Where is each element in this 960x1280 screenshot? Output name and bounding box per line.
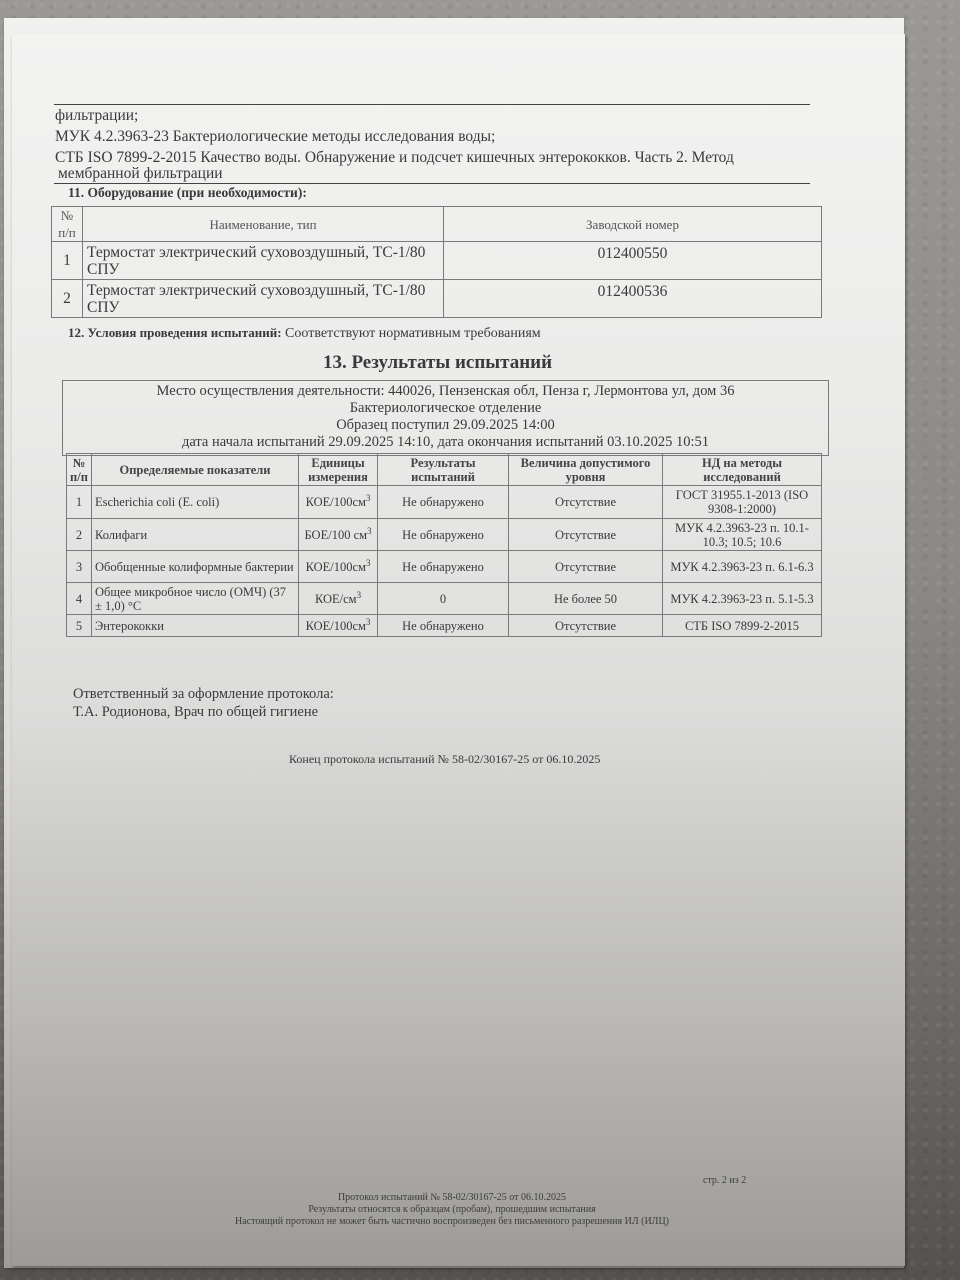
units-text: КОЕ/100см <box>306 560 366 574</box>
result-num: 5 <box>67 615 92 637</box>
equipment-table: № п/п Наименование, тип Заводской номер … <box>51 206 822 318</box>
equipment-name: Термостат электрический суховоздушный, Т… <box>83 242 444 280</box>
result-limit: Не более 50 <box>509 583 663 615</box>
units-exponent: 3 <box>357 589 362 599</box>
end-of-protocol: Конец протокола испытаний № 58-02/30167-… <box>289 752 600 767</box>
equipment-name: Термостат электрический суховоздушный, Т… <box>83 280 444 318</box>
section12-value: Соответствуют нормативным требованиям <box>285 326 541 341</box>
equipment-header-num: № п/п <box>52 207 83 242</box>
results-header-result: Результаты испытаний <box>378 454 509 486</box>
methods-line-3: СТБ ISO 7899-2-2015 Качество воды. Обнар… <box>55 149 734 166</box>
results-row: 2КолифагиБОЕ/100 см3Не обнаруженоОтсутст… <box>67 519 822 551</box>
result-num: 3 <box>67 551 92 583</box>
units-exponent: 3 <box>366 557 371 567</box>
results-row: 5ЭнтерококкиКОЕ/100см3Не обнаруженоОтсут… <box>67 615 822 637</box>
result-indicator: Общее микробное число (ОМЧ) (37 ± 1,0) °… <box>92 583 299 615</box>
equipment-row: 2 Термостат электрический суховоздушный,… <box>52 280 822 318</box>
results-row: 1Escherichia coli (E. coli)КОЕ/100см3Не … <box>67 486 822 519</box>
result-num: 1 <box>67 486 92 519</box>
units-text: КОЕ/100см <box>306 495 366 509</box>
result-limit: Отсутствие <box>509 615 663 637</box>
units-exponent: 3 <box>366 616 371 626</box>
result-indicator: Escherichia coli (E. coli) <box>92 486 299 519</box>
result-units: КОЕ/см3 <box>299 583 378 615</box>
test-dates: дата начала испытаний 29.09.2025 14:10, … <box>63 434 828 451</box>
test-info-box: Место осуществления деятельности: 440026… <box>62 380 829 456</box>
result-method: МУК 4.2.3963-23 п. 6.1-6.3 <box>663 551 822 583</box>
result-value: Не обнаружено <box>378 551 509 583</box>
result-method: СТБ ISO 7899-2-2015 <box>663 615 822 637</box>
results-header-limit: Величина допустимого уровня <box>509 454 663 486</box>
results-row: 4Общее микробное число (ОМЧ) (37 ± 1,0) … <box>67 583 822 615</box>
result-value: Не обнаружено <box>378 519 509 551</box>
result-value: Не обнаружено <box>378 615 509 637</box>
results-row: 3Обобщенные колиформные бактерииКОЕ/100с… <box>67 551 822 583</box>
results-header-method: НД на методы исследований <box>663 454 822 486</box>
responsible-name: Т.А. Родионова, Врач по общей гигиене <box>73 704 318 721</box>
results-header-indicator: Определяемые показатели <box>92 454 299 486</box>
equipment-serial: 012400536 <box>444 280 822 318</box>
result-indicator: Колифаги <box>92 519 299 551</box>
equipment-row: 1 Термостат электрический суховоздушный,… <box>52 242 822 280</box>
sample-received: Образец поступил 29.09.2025 14:00 <box>63 417 828 434</box>
section13-title: 13. Результаты испытаний <box>52 352 823 374</box>
section12: 12. Условия проведения испытаний: Соотве… <box>68 324 541 342</box>
result-num: 4 <box>67 583 92 615</box>
results-header-num: № п/п <box>67 454 92 486</box>
methods-line-1: фильтрации; <box>55 107 138 124</box>
results-body: 1Escherichia coli (E. coli)КОЕ/100см3Не … <box>66 485 822 637</box>
result-limit: Отсутствие <box>509 486 663 519</box>
footer-line-3: Настоящий протокол не может быть частичн… <box>192 1216 712 1227</box>
units-text: КОЕ/см <box>315 592 357 606</box>
units-exponent: 3 <box>367 525 372 535</box>
responsible-label: Ответственный за оформление протокола: <box>73 686 334 703</box>
results-table: № п/п Определяемые показатели Единицы из… <box>66 453 822 486</box>
page-number: стр. 2 из 2 <box>703 1175 746 1186</box>
results-header-units: Единицы измерения <box>299 454 378 486</box>
methods-line-4: мембранной фильтрации <box>58 165 223 182</box>
document-page: фильтрации; МУК 4.2.3963-23 Бактериологи… <box>12 34 905 1266</box>
results-header-row: № п/п Определяемые показатели Единицы из… <box>67 454 822 486</box>
top-rule <box>54 104 810 105</box>
result-indicator: Обобщенные колиформные бактерии <box>92 551 299 583</box>
equipment-num: 2 <box>52 280 83 318</box>
equipment-serial: 012400550 <box>444 242 822 280</box>
equipment-header-row: № п/п Наименование, тип Заводской номер <box>52 207 822 242</box>
result-indicator: Энтерококки <box>92 615 299 637</box>
equipment-header-name: Наименование, тип <box>83 207 444 242</box>
result-limit: Отсутствие <box>509 519 663 551</box>
result-method: МУК 4.2.3963-23 п. 10.1-10.3; 10.5; 10.6 <box>663 519 822 551</box>
test-location: Место осуществления деятельности: 440026… <box>63 383 828 400</box>
result-units: БОЕ/100 см3 <box>299 519 378 551</box>
result-method: МУК 4.2.3963-23 п. 5.1-5.3 <box>663 583 822 615</box>
test-department: Бактериологическое отделение <box>63 400 828 417</box>
result-units: КОЕ/100см3 <box>299 551 378 583</box>
result-units: КОЕ/100см3 <box>299 615 378 637</box>
result-value: 0 <box>378 583 509 615</box>
methods-line-2: МУК 4.2.3963-23 Бактериологические метод… <box>55 128 495 145</box>
footer-line-1: Протокол испытаний № 58-02/30167-25 от 0… <box>192 1192 712 1203</box>
result-value: Не обнаружено <box>378 486 509 519</box>
result-units: КОЕ/100см3 <box>299 486 378 519</box>
units-text: КОЕ/100см <box>306 619 366 633</box>
result-limit: Отсутствие <box>509 551 663 583</box>
result-num: 2 <box>67 519 92 551</box>
units-exponent: 3 <box>366 493 371 503</box>
section11-title: 11. Оборудование (при необходимости): <box>68 184 307 201</box>
section12-title: 12. Условия проведения испытаний: <box>68 325 282 340</box>
footer-line-2: Результаты относятся к образцам (пробам)… <box>192 1204 712 1215</box>
equipment-header-serial: Заводской номер <box>444 207 822 242</box>
result-method: ГОСТ 31955.1-2013 (ISO 9308-1:2000) <box>663 486 822 519</box>
units-text: БОЕ/100 см <box>304 528 367 542</box>
equipment-num: 1 <box>52 242 83 280</box>
